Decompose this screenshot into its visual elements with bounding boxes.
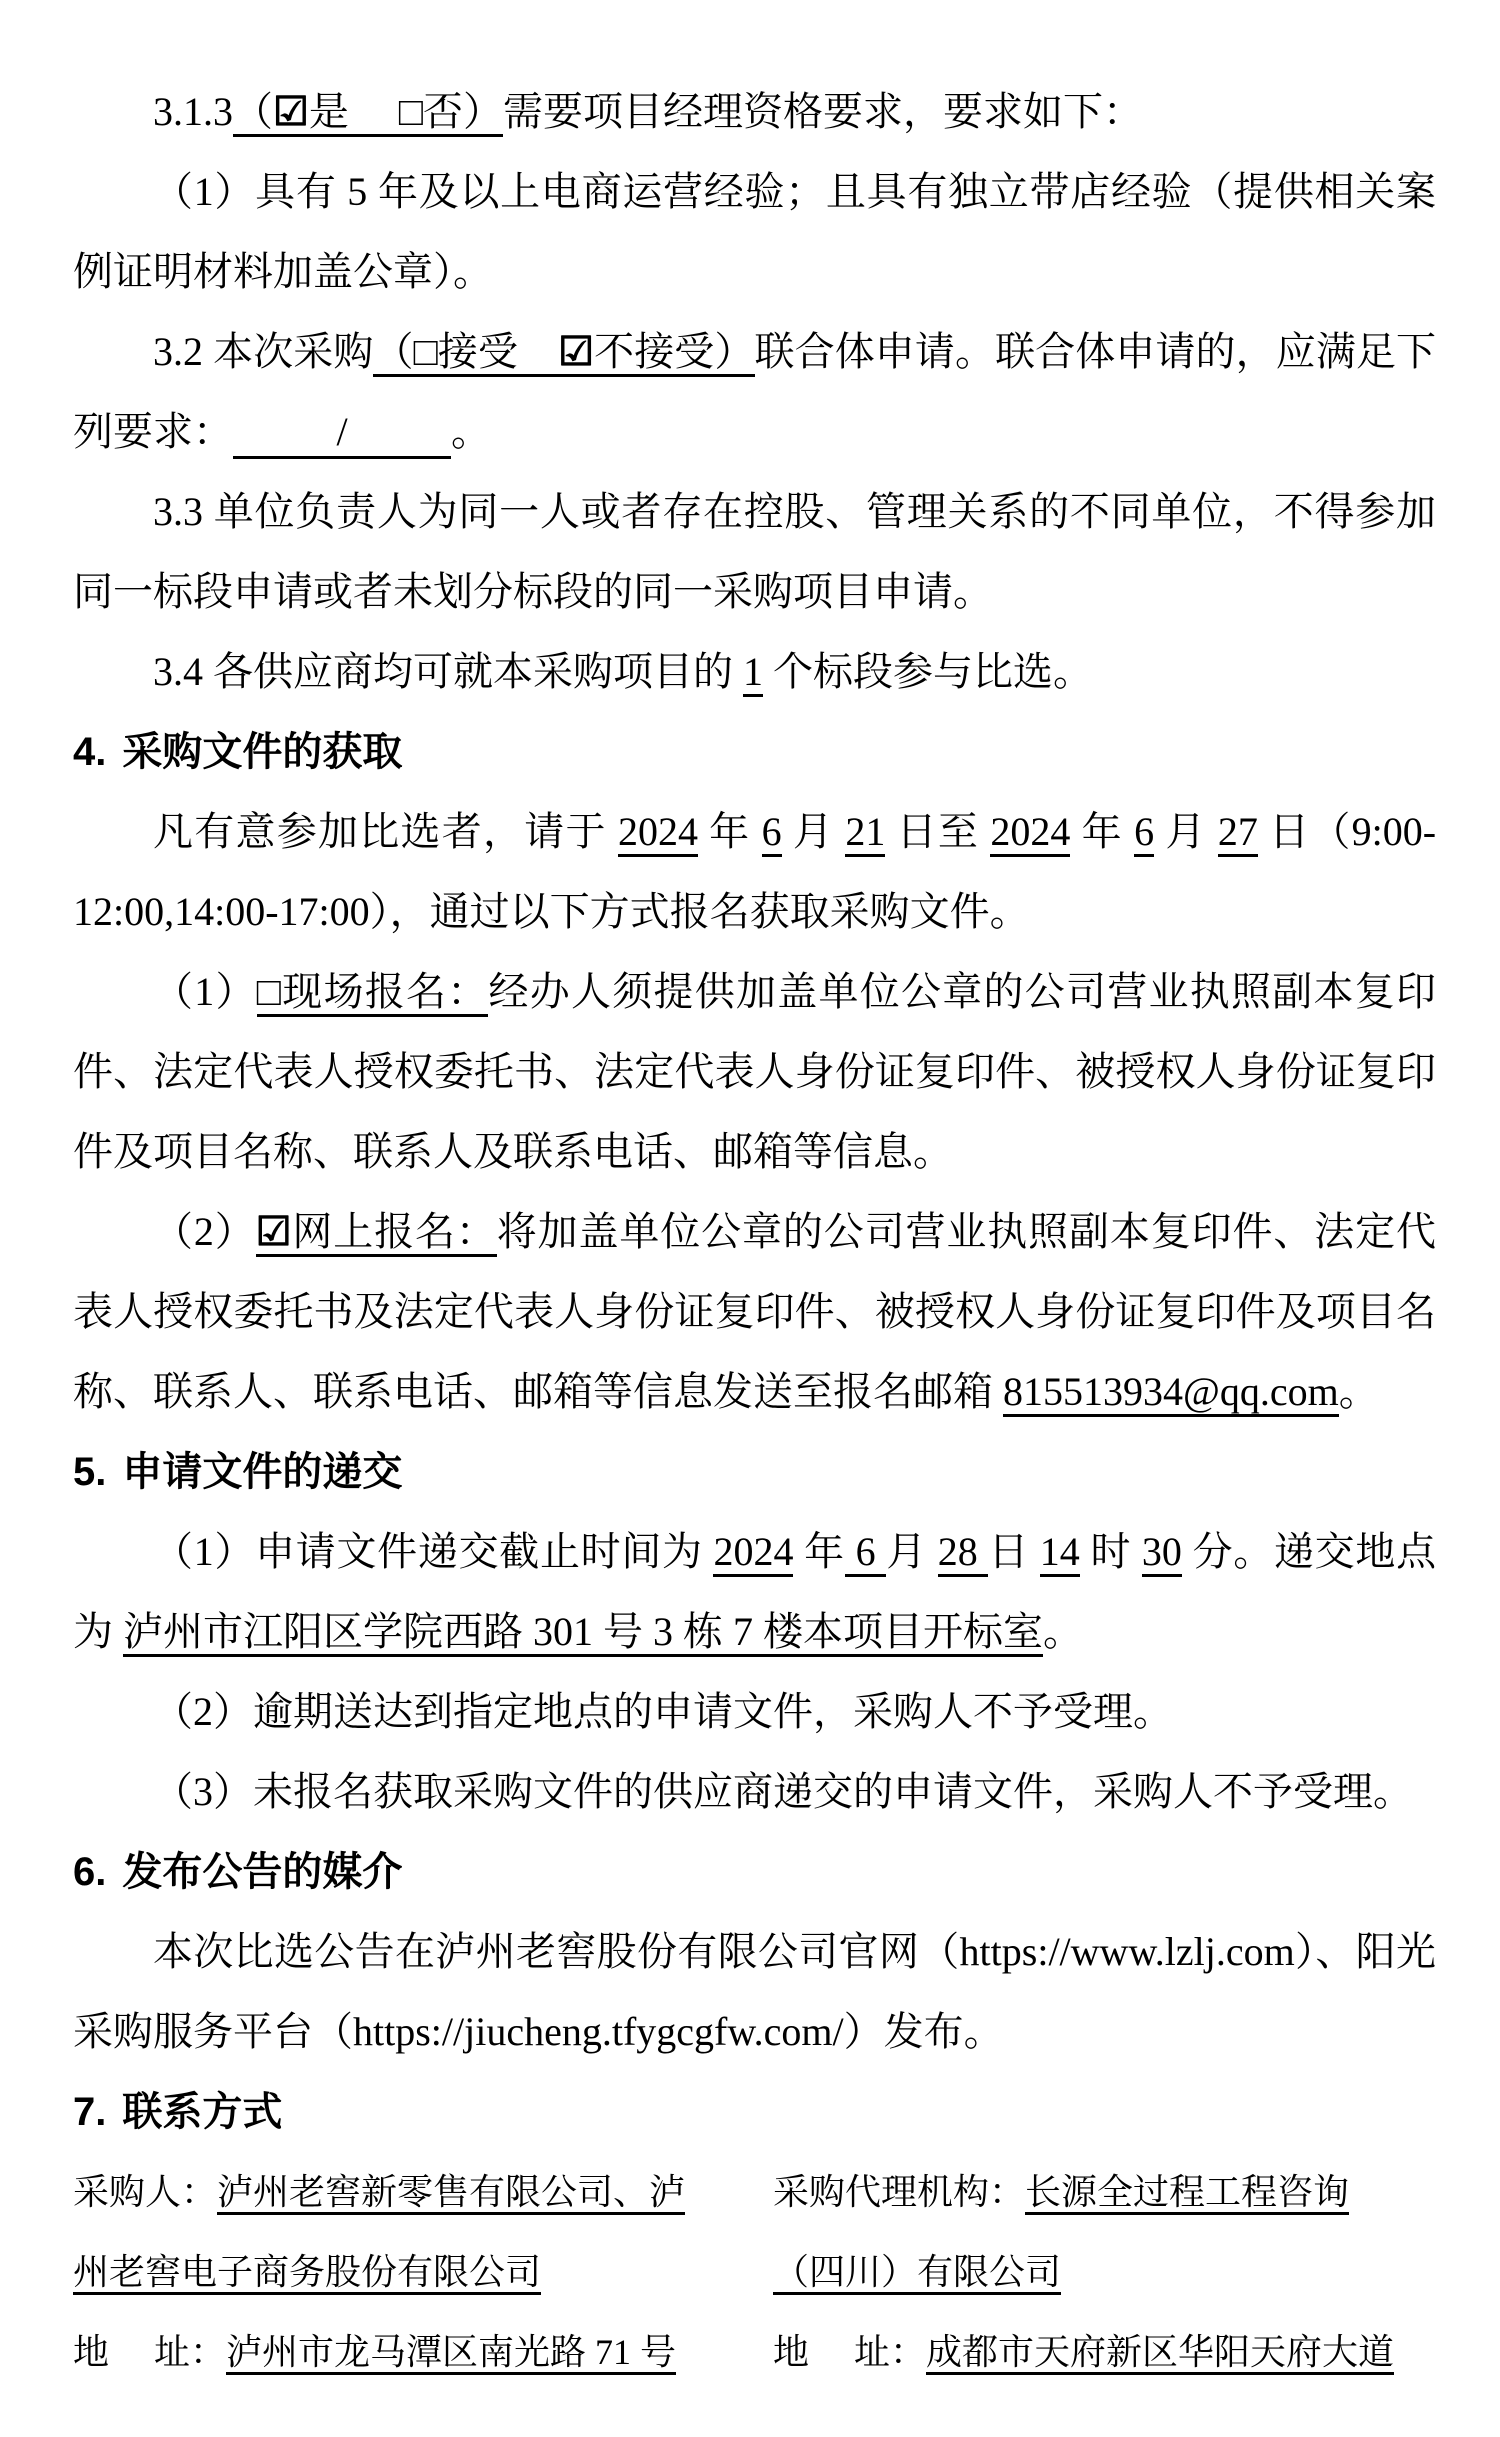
section-heading: 4.采购文件的获取 (73, 712, 1436, 792)
underlined-text: 815513934@qq.com (1003, 1369, 1339, 1417)
text-run: 凡有意参加比选者，请于 (153, 809, 618, 854)
text-run: 采购代理机构： (773, 2172, 1025, 2212)
document-page: 3.1.3（☑是 □否）需要项目经理资格要求，要求如下：（1）具有 5 年及以上… (0, 0, 1500, 2437)
paragraph: 3.3 单位负责人为同一人或者存在控股、管理关系的不同单位，不得参加同一标段申请… (73, 472, 1436, 632)
paragraph: 凡有意参加比选者，请于 2024 年 6 月 21 日至 2024 年 6 月 … (73, 792, 1436, 952)
underlined-text: 不接受） (594, 329, 754, 377)
contact-line: 地 址：成都市天府新区华阳天府大道 (773, 2312, 1436, 2392)
paragraph: （1）□现场报名：经办人须提供加盖单位公章的公司营业执照副本复印件、法定代表人授… (73, 952, 1436, 1192)
text-run: （2）逾期送达到指定地点的申请文件，采购人不予受理。 (153, 1689, 1173, 1734)
section-heading: 5.申请文件的递交 (73, 1432, 1436, 1512)
underlined-text: 州老窖电子商务股份有限公司 (73, 2252, 541, 2295)
underlined-text: 6 (762, 809, 782, 857)
checkbox-checked-icon: ☑ (558, 329, 594, 377)
underlined-text: 泸州市龙马潭区南光路 71 号 (226, 2332, 676, 2375)
section-number: 5. (73, 1450, 106, 1494)
contact-line: （四川）有限公司 (773, 2232, 1436, 2312)
text-run: （1）具有 5 年及以上电商运营经验；且具有独立带店经验（提供相关案例证明材料加… (73, 169, 1436, 294)
underlined-text: 21 (845, 809, 885, 857)
paragraph: （2）逾期送达到指定地点的申请文件，采购人不予受理。 (73, 1672, 1436, 1752)
text-run: 时 (1080, 1529, 1142, 1574)
text-run: （2） (153, 1209, 256, 1254)
section-title: 发布公告的媒介 (122, 1850, 402, 1894)
underlined-text: 是 (309, 89, 399, 137)
underlined-text: 2024 (713, 1529, 793, 1577)
underlined-text: 2024 (990, 809, 1070, 857)
underlined-text: 成都市天府新区华阳天府大道 (926, 2332, 1394, 2375)
section-title: 申请文件的递交 (122, 1450, 402, 1494)
text-run: 本次比选公告在泸州老窖股份有限公司官网（https://www.lzlj.com… (73, 1929, 1436, 2054)
text-run: 地 址： (773, 2332, 926, 2372)
text-run: 日 (988, 1529, 1039, 1574)
text-run: 。 (451, 409, 491, 454)
text-run: 。 (1339, 1369, 1379, 1414)
underlined-text: 泸州市江阳区学院西路 301 号 3 栋 7 楼本项目开标室 (123, 1609, 1043, 1657)
text-run: 3.1.3 (153, 89, 233, 134)
text-run: 3.2 本次采购 (153, 329, 373, 374)
underlined-text: 27 (1218, 809, 1258, 857)
paragraph: 3.1.3（☑是 □否）需要项目经理资格要求，要求如下： (73, 72, 1436, 152)
blank-field: / (233, 408, 451, 459)
text-run: 需要项目经理资格要求，要求如下： (503, 89, 1143, 134)
checkbox-unchecked-icon: □ (399, 89, 423, 137)
underlined-text: 28 (938, 1529, 989, 1577)
text-run: （1） (153, 969, 257, 1014)
underlined-text: （ (233, 89, 273, 137)
section-title: 联系方式 (122, 2090, 282, 2134)
section-number: 6. (73, 1850, 106, 1894)
paragraph: 本次比选公告在泸州老窖股份有限公司官网（https://www.lzlj.com… (73, 1912, 1436, 2072)
underlined-text: 接受 (438, 329, 558, 377)
underlined-text: 网上报名： (292, 1209, 497, 1257)
text-run: 日至 (885, 809, 990, 854)
underlined-text: 14 (1040, 1529, 1080, 1577)
text-run: （1）申请文件递交截止时间为 (153, 1529, 713, 1574)
text-run: 3.4 各供应商均可就本采购项目的 (153, 649, 743, 694)
paragraph: （3）未报名获取采购文件的供应商递交的申请文件，采购人不予受理。 (73, 1752, 1436, 1832)
text-run: 年 (698, 809, 762, 854)
underlined-text: 6 (1134, 809, 1154, 857)
contact-line: 地 址：泸州市龙马潭区南光路 71 号 (73, 2312, 773, 2392)
paragraph: （1）具有 5 年及以上电商运营经验；且具有独立带店经验（提供相关案例证明材料加… (73, 152, 1436, 312)
section-heading: 6.发布公告的媒介 (73, 1832, 1436, 1912)
text-run: 月 (1154, 809, 1218, 854)
contact-col-purchaser: 采购人：泸州老窖新零售有限公司、泸州老窖电子商务股份有限公司地 址：泸州市龙马潭… (73, 2152, 773, 2392)
text-run: 年 (793, 1529, 844, 1574)
contact-line: 州老窖电子商务股份有限公司 (73, 2232, 773, 2312)
paragraph: 3.4 各供应商均可就本采购项目的 1 个标段参与比选。 (73, 632, 1436, 712)
section-title: 采购文件的获取 (122, 730, 402, 774)
underlined-text: 2024 (618, 809, 698, 857)
text-run: 3.3 单位负责人为同一人或者存在控股、管理关系的不同单位，不得参加同一标段申请… (73, 489, 1436, 614)
paragraph: 3.2 本次采购（□接受 ☑不接受）联合体申请。联合体申请的，应满足下列要求：/… (73, 312, 1436, 472)
underlined-text: 否） (423, 89, 503, 137)
underlined-text: （四川）有限公司 (773, 2252, 1061, 2295)
contact-columns: 采购人：泸州老窖新零售有限公司、泸州老窖电子商务股份有限公司地 址：泸州市龙马潭… (73, 2152, 1436, 2392)
paragraph: （1）申请文件递交截止时间为 2024 年 6 月 28 日 14 时 30 分… (73, 1512, 1436, 1672)
text-run: 。 (1043, 1609, 1083, 1654)
underlined-text: 泸州老窖新零售有限公司、泸 (217, 2172, 685, 2215)
underlined-text: 30 (1142, 1529, 1182, 1577)
contact-col-agency: 采购代理机构：长源全过程工程咨询（四川）有限公司地 址：成都市天府新区华阳天府大… (773, 2152, 1436, 2392)
checkbox-unchecked-icon: □ (414, 329, 438, 377)
underlined-text: 长源全过程工程咨询 (1025, 2172, 1349, 2215)
checkbox-checked-icon: ☑ (273, 89, 309, 137)
text-run: 采购人： (73, 2172, 217, 2212)
contact-line: 采购代理机构：长源全过程工程咨询 (773, 2152, 1436, 2232)
section-number: 7. (73, 2090, 106, 2134)
text-run: 月 (886, 1529, 937, 1574)
section-number: 4. (73, 730, 106, 774)
underlined-text: 6 (845, 1529, 886, 1577)
text-run: （3）未报名获取采购文件的供应商递交的申请文件，采购人不予受理。 (153, 1769, 1413, 1814)
contact-line: 采购人：泸州老窖新零售有限公司、泸 (73, 2152, 773, 2232)
text-run: 个标段参与比选。 (763, 649, 1093, 694)
paragraph: （2）☑网上报名：将加盖单位公章的公司营业执照副本复印件、法定代表人授权委托书及… (73, 1192, 1436, 1432)
checkbox-unchecked-icon: □ (257, 969, 282, 1017)
underlined-text: 1 (743, 649, 763, 697)
underlined-text: （ (373, 329, 413, 377)
checkbox-checked-icon: ☑ (256, 1209, 292, 1257)
underlined-text: 现场报名： (282, 969, 488, 1017)
document-body: 3.1.3（☑是 □否）需要项目经理资格要求，要求如下：（1）具有 5 年及以上… (73, 72, 1436, 2392)
text-run: 地 址： (73, 2332, 226, 2372)
text-run: 年 (1070, 809, 1134, 854)
text-run: 月 (782, 809, 846, 854)
section-heading: 7.联系方式 (73, 2072, 1436, 2152)
